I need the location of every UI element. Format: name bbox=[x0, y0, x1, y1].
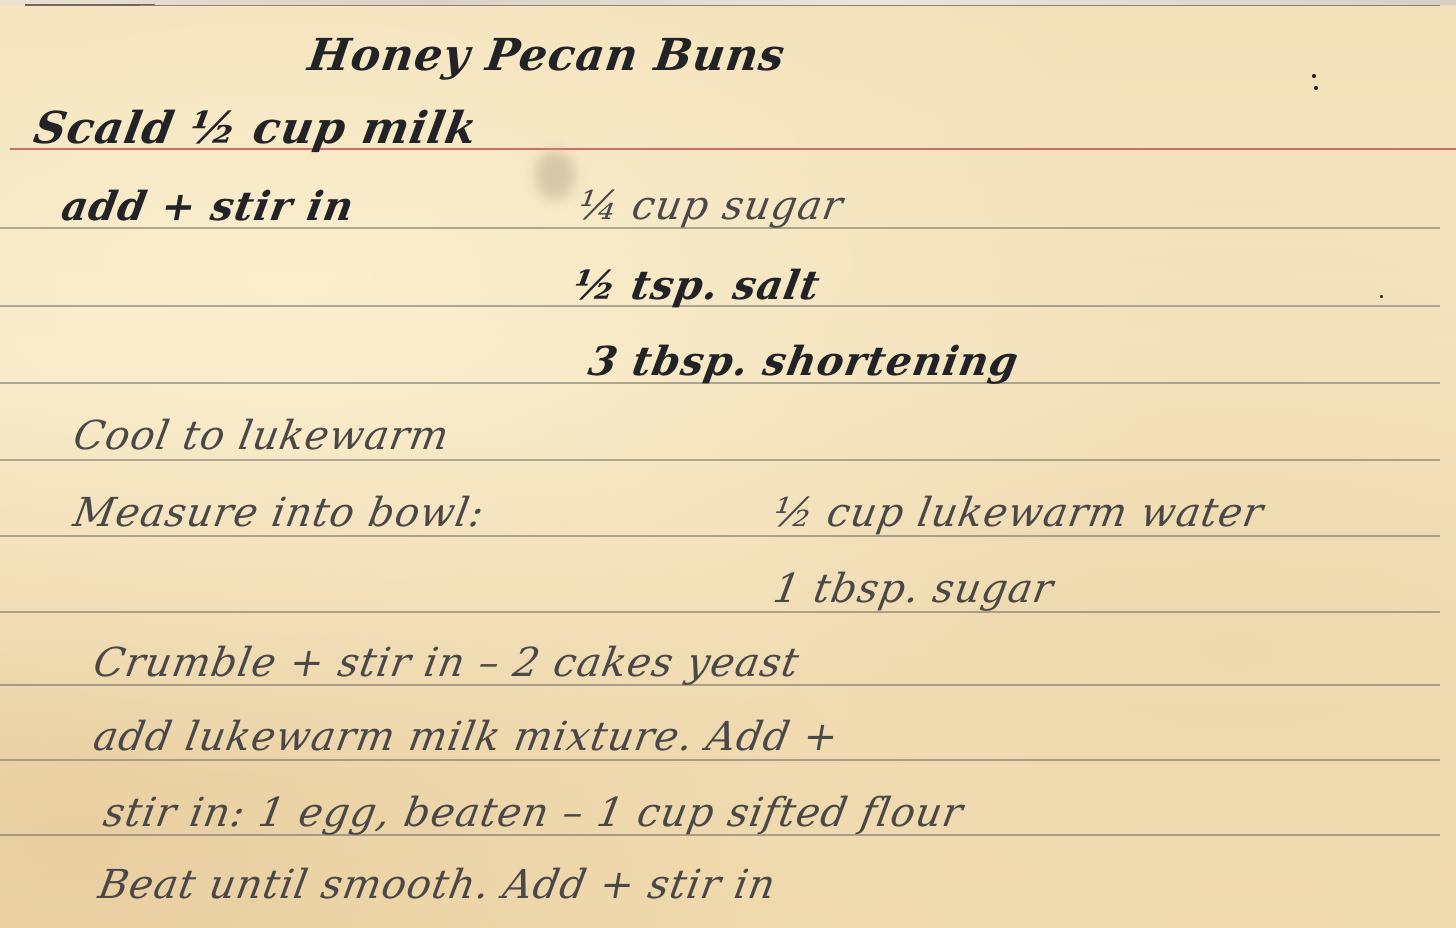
instruction-stir-egg: stir in: 1 egg, beaten – 1 cup sifted fl… bbox=[100, 790, 967, 836]
ruled-line bbox=[0, 459, 1440, 461]
instruction-crumble: Crumble + stir in – 2 cakes yeast bbox=[90, 640, 803, 686]
ruled-line bbox=[0, 611, 1440, 613]
paper-stain bbox=[535, 150, 575, 200]
ingredient-water: ½ cup lukewarm water bbox=[770, 490, 1267, 536]
instruction-cool: Cool to lukewarm bbox=[70, 413, 453, 459]
recipe-card: Honey Pecan Buns Scald ½ cup milk add + … bbox=[0, 0, 1456, 928]
ingredient-sugar: ¼ cup sugar bbox=[575, 183, 847, 229]
ink-speck bbox=[1380, 295, 1383, 298]
ingredient-tbsp-sugar: 1 tbsp. sugar bbox=[770, 566, 1057, 612]
instruction-scald: Scald ½ cup milk bbox=[30, 103, 481, 154]
instruction-add-stir: add + stir in bbox=[58, 183, 358, 230]
instruction-beat: Beat until smooth. Add + stir in bbox=[95, 862, 779, 908]
instruction-measure: Measure into bowl: bbox=[70, 490, 488, 536]
card-top-shadow bbox=[25, 4, 155, 6]
ingredient-shortening: 3 tbsp. shortening bbox=[585, 338, 1022, 385]
ingredient-salt: ½ tsp. salt bbox=[570, 262, 824, 309]
card-top-shadow bbox=[140, 5, 1440, 6]
ink-speck bbox=[1314, 86, 1318, 90]
instruction-add-milk: add lukewarm milk mixture. Add + bbox=[90, 714, 842, 760]
recipe-title: Honey Pecan Buns bbox=[305, 30, 788, 81]
ink-speck bbox=[1312, 74, 1316, 78]
